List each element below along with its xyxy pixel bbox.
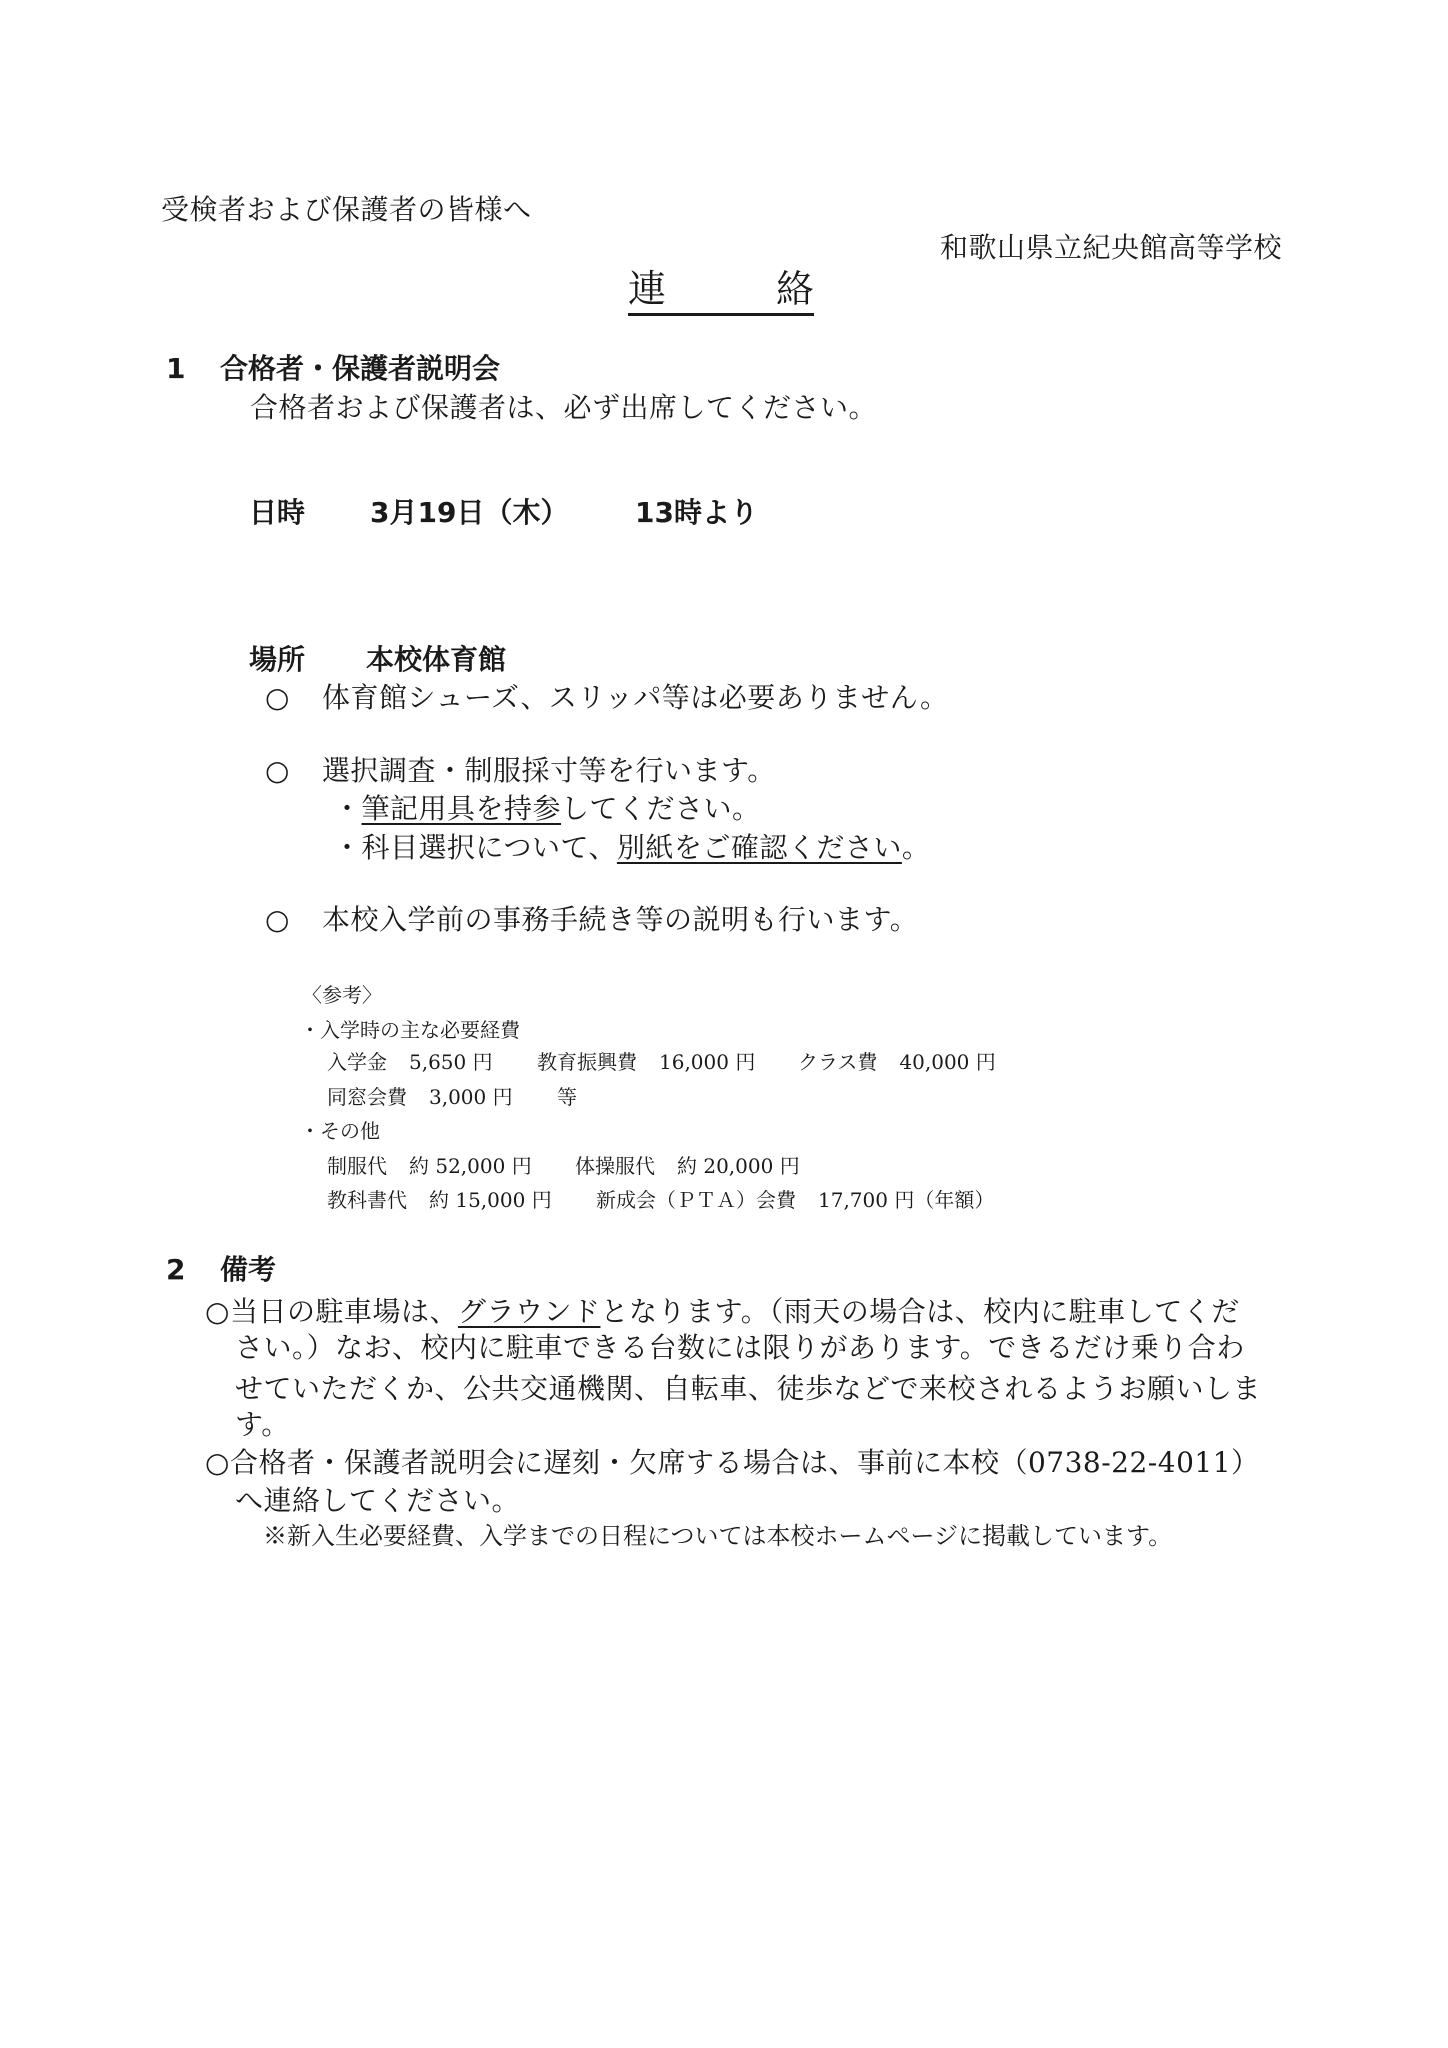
underlined-text: グラウンド — [458, 1295, 601, 1328]
note-shoes: 体育館シューズ、スリッパ等は必要ありません。 — [322, 684, 948, 712]
underlined-text: 別紙をご確認ください — [617, 831, 902, 864]
note-procedures: 本校入学前の事務手続き等の説明も行います。 — [322, 906, 918, 934]
reference-group-title: ・入学時の主な必要経費 — [300, 1020, 520, 1040]
note-bullet: ○ — [265, 757, 290, 785]
remark-parking-line2: さい。）なお、校内に駐車できる台数には限りがあります。できるだけ乗り合わ — [235, 1334, 1245, 1362]
title-char-right: 絡 — [776, 267, 814, 311]
remark-parking: ○当日の駐車場は、グラウンドとなります。（雨天の場合は、校内に駐車してくだ — [205, 1298, 1240, 1326]
place-value: 本校体育館 — [366, 646, 506, 674]
fee-item: 同窓会費3,000 円 — [327, 1087, 513, 1107]
datetime-time: 13時より — [635, 499, 758, 527]
footnote: ※新入生必要経費、入学までの日程については本校ホームページに掲載しています。 — [263, 1524, 1172, 1548]
datetime-date: 3月19日（木） — [370, 499, 568, 527]
sender-school-name: 和歌山県立紀央館高等学校 — [940, 234, 1282, 262]
place-label: 場所 — [249, 646, 305, 674]
note-survey: 選択調査・制服採寸等を行います。 — [322, 757, 776, 785]
reference-group-title: ・その他 — [300, 1121, 380, 1141]
page-title: 連絡 — [628, 270, 814, 308]
addressee: 受検者および保護者の皆様へ — [161, 196, 532, 224]
subnote-writing-tools: ・筆記用具を持参してください。 — [333, 795, 761, 823]
remark-absence-line2: へ連絡してください。 — [235, 1487, 520, 1515]
section1-number: 1 — [166, 355, 185, 383]
remark-absence: ○合格者・保護者説明会に遅刻・欠席する場合は、事前に本校（0738-22-401… — [205, 1449, 1260, 1477]
section2-number: 2 — [166, 1256, 185, 1284]
subnote-subject-selection: ・科目選択について、別紙をご確認ください。 — [333, 834, 930, 862]
fee-item: クラス費40,000 円 — [798, 1052, 996, 1072]
title-char-left: 連 — [628, 267, 666, 311]
section2-heading: 備考 — [220, 1256, 276, 1284]
note-bullet: ○ — [265, 906, 290, 934]
fee-item: 制服代約 52,000 円 — [327, 1156, 532, 1176]
fee-item: 教科書代約 15,000 円 — [327, 1190, 552, 1210]
reference-label: 〈参考〉 — [302, 985, 382, 1005]
title-underline: 連絡 — [628, 267, 814, 316]
note-bullet: ○ — [265, 684, 290, 712]
remark-parking-line3: せていただくか、公共交通機関、自転車、徒歩などで来校されるようお願いしま — [235, 1375, 1261, 1403]
section1-intro: 合格者および保護者は、必ず出席してください。 — [250, 394, 877, 422]
remark-parking-line4: す。 — [235, 1411, 290, 1439]
fee-item: 教育振興費16,000 円 — [537, 1052, 755, 1072]
section1-heading: 合格者・保護者説明会 — [220, 355, 500, 383]
fee-item: 入学金5,650 円 — [327, 1052, 493, 1072]
fee-etc: 等 — [557, 1087, 577, 1107]
fee-item: 体操服代約 20,000 円 — [575, 1156, 800, 1176]
fee-item: 新成会（ＰＴＡ）会費17,700 円（年額） — [596, 1190, 994, 1210]
underlined-text: 筆記用具を持参 — [362, 792, 562, 825]
datetime-label: 日時 — [249, 499, 305, 527]
